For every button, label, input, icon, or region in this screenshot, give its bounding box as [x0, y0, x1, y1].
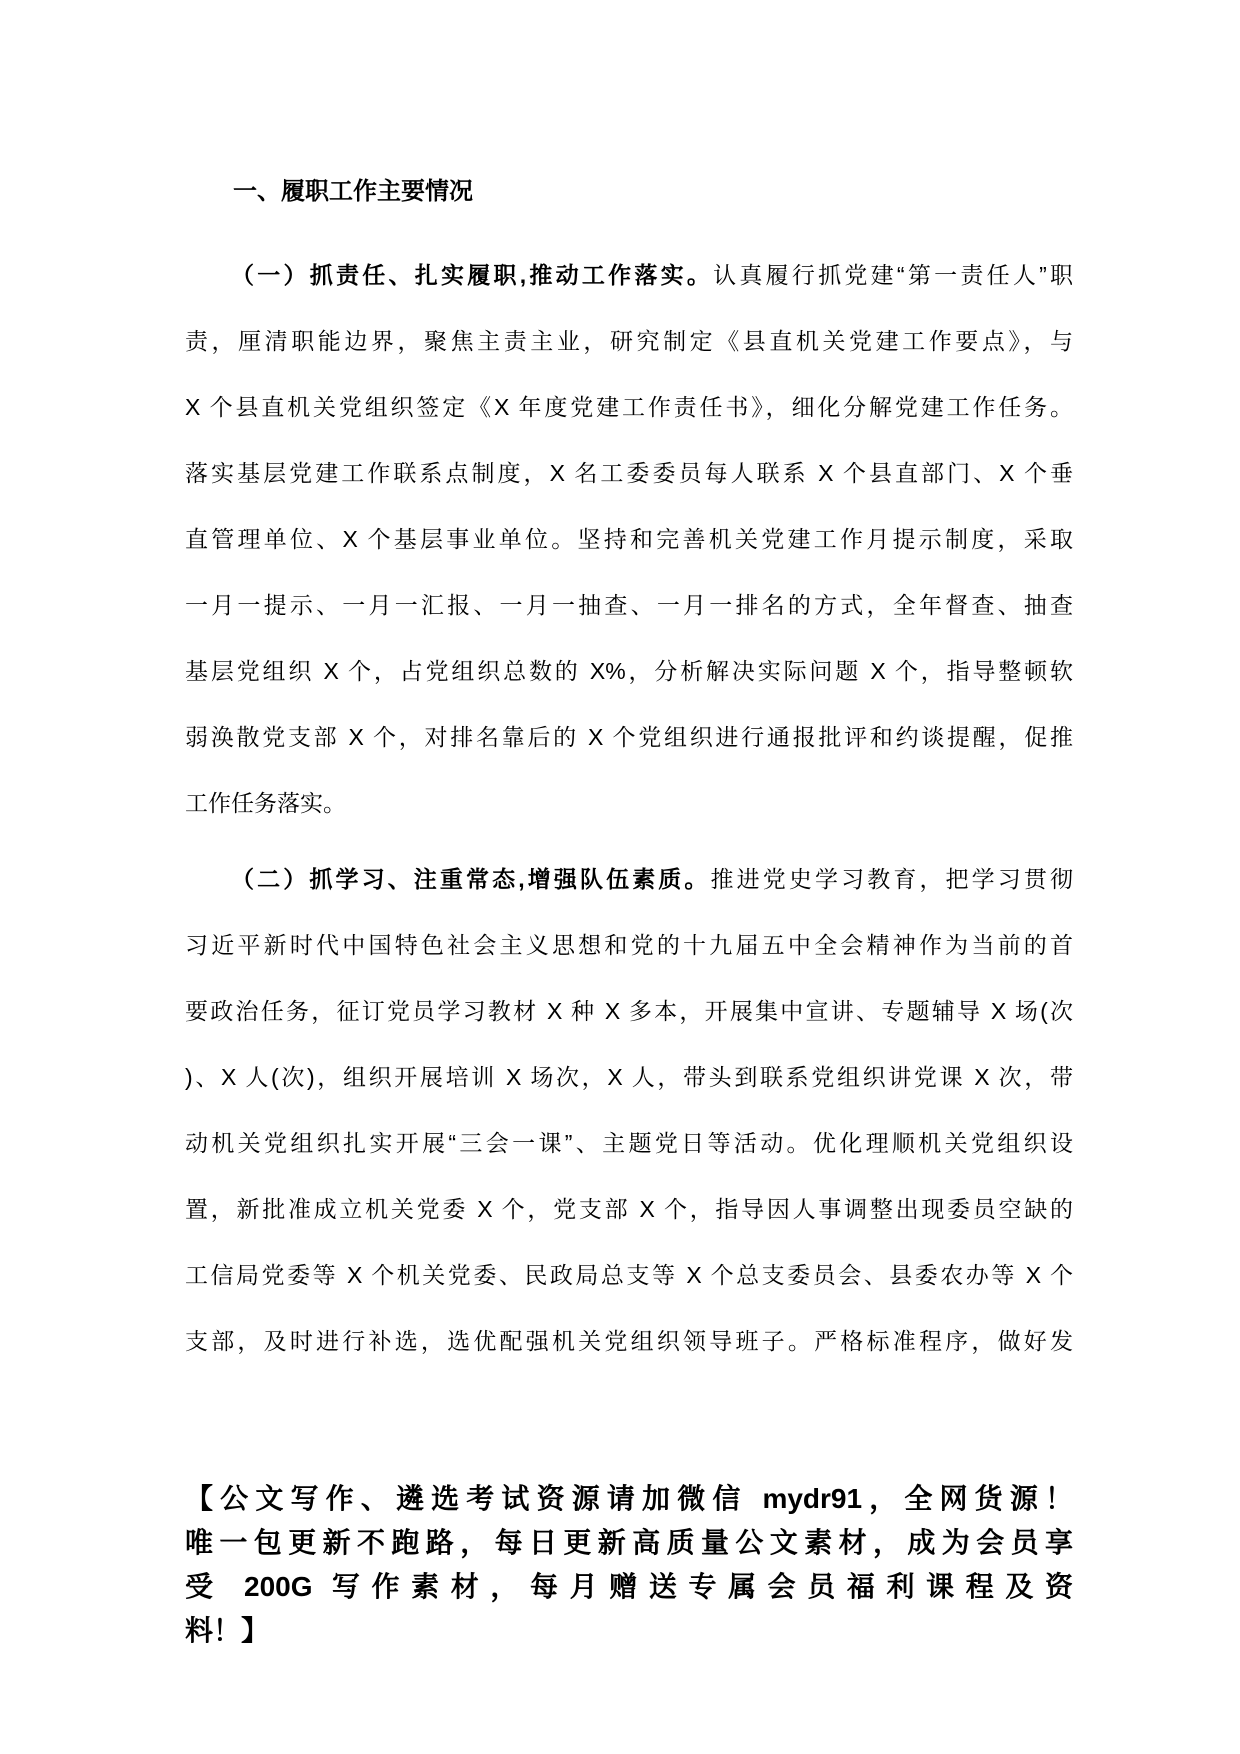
paragraph-lead: （一）抓责任、扎实履职,推动工作落实。: [231, 262, 713, 288]
paragraph-line: 一月一提示、一月一汇报、一月一抽查、一月一排名的方式，全年督查、抽查: [185, 572, 1073, 638]
paragraph-line: 工信局党委等 X 个机关党委、民政局总支等 X 个总支委员会、县委农办等 X 个: [185, 1242, 1073, 1308]
notice-line: 受 200G 写作素材，每月赠送专属会员福利课程及资: [185, 1565, 1073, 1609]
paragraph-line: （二）抓学习、注重常态,增强队伍素质。推进党史学习教育，把学习贯彻: [185, 846, 1073, 912]
paragraph-line: 工作任务落实。: [185, 770, 1073, 836]
paragraph: （二）抓学习、注重常态,增强队伍素质。推进党史学习教育，把学习贯彻习近平新时代中…: [185, 846, 1073, 1374]
footer-notice: 【公文写作、遴选考试资源请加微信 mydr91，全网货源！唯一包更新不跑路，每日…: [185, 1477, 1073, 1653]
paragraph-line: )、X 人(次)，组织开展培训 X 场次，X 人，带头到联系党组织讲党课 X 次…: [185, 1044, 1073, 1110]
notice-line: 料！】: [185, 1609, 1073, 1653]
paragraph-line: 置，新批准成立机关党委 X 个，党支部 X 个，指导因人事调整出现委员空缺的: [185, 1176, 1073, 1242]
paragraph-line: 基层党组织 X 个，占党组织总数的 X%，分析解决实际问题 X 个，指导整顿软: [185, 638, 1073, 704]
document-page: 一、履职工作主要情况 （一）抓责任、扎实履职,推动工作落实。认真履行抓党建“第一…: [0, 0, 1240, 1754]
paragraph-line: X 个县直机关党组织签定《X 年度党建工作责任书》，细化分解党建工作任务。: [185, 374, 1073, 440]
document-content: 一、履职工作主要情况 （一）抓责任、扎实履职,推动工作落实。认真履行抓党建“第一…: [185, 0, 1073, 1653]
paragraph-line: 直管理单位、X 个基层事业单位。坚持和完善机关党建工作月提示制度，采取: [185, 506, 1073, 572]
paragraph-lead: （二）抓学习、注重常态,增强队伍素质。: [231, 866, 711, 892]
paragraph-line: 要政治任务，征订党员学习教材 X 种 X 多本，开展集中宣讲、专题辅导 X 场(…: [185, 978, 1073, 1044]
paragraph-line: 动机关党组织扎实开展“三会一课”、主题党日等活动。优化理顺机关党组织设: [185, 1110, 1073, 1176]
notice-line: 唯一包更新不跑路，每日更新高质量公文素材，成为会员享: [185, 1521, 1073, 1565]
paragraph-line: 责，厘清职能边界，聚焦主责主业，研究制定《县直机关党建工作要点》，与: [185, 308, 1073, 374]
paragraph-line: 习近平新时代中国特色社会主义思想和党的十九届五中全会精神作为当前的首: [185, 912, 1073, 978]
document-body: （一）抓责任、扎实履职,推动工作落实。认真履行抓党建“第一责任人”职责，厘清职能…: [185, 242, 1073, 1374]
paragraph-line: 支部，及时进行补选，选优配强机关党组织领导班子。严格标准程序，做好发: [185, 1308, 1073, 1374]
section-heading: 一、履职工作主要情况: [185, 0, 1073, 208]
paragraph-line: （一）抓责任、扎实履职,推动工作落实。认真履行抓党建“第一责任人”职: [185, 242, 1073, 308]
paragraph: （一）抓责任、扎实履职,推动工作落实。认真履行抓党建“第一责任人”职责，厘清职能…: [185, 242, 1073, 836]
notice-line: 【公文写作、遴选考试资源请加微信 mydr91，全网货源！: [185, 1477, 1073, 1521]
paragraph-line: 弱涣散党支部 X 个，对排名靠后的 X 个党组织进行通报批评和约谈提醒，促推: [185, 704, 1073, 770]
paragraph-line: 落实基层党建工作联系点制度，X 名工委委员每人联系 X 个县直部门、X 个垂: [185, 440, 1073, 506]
